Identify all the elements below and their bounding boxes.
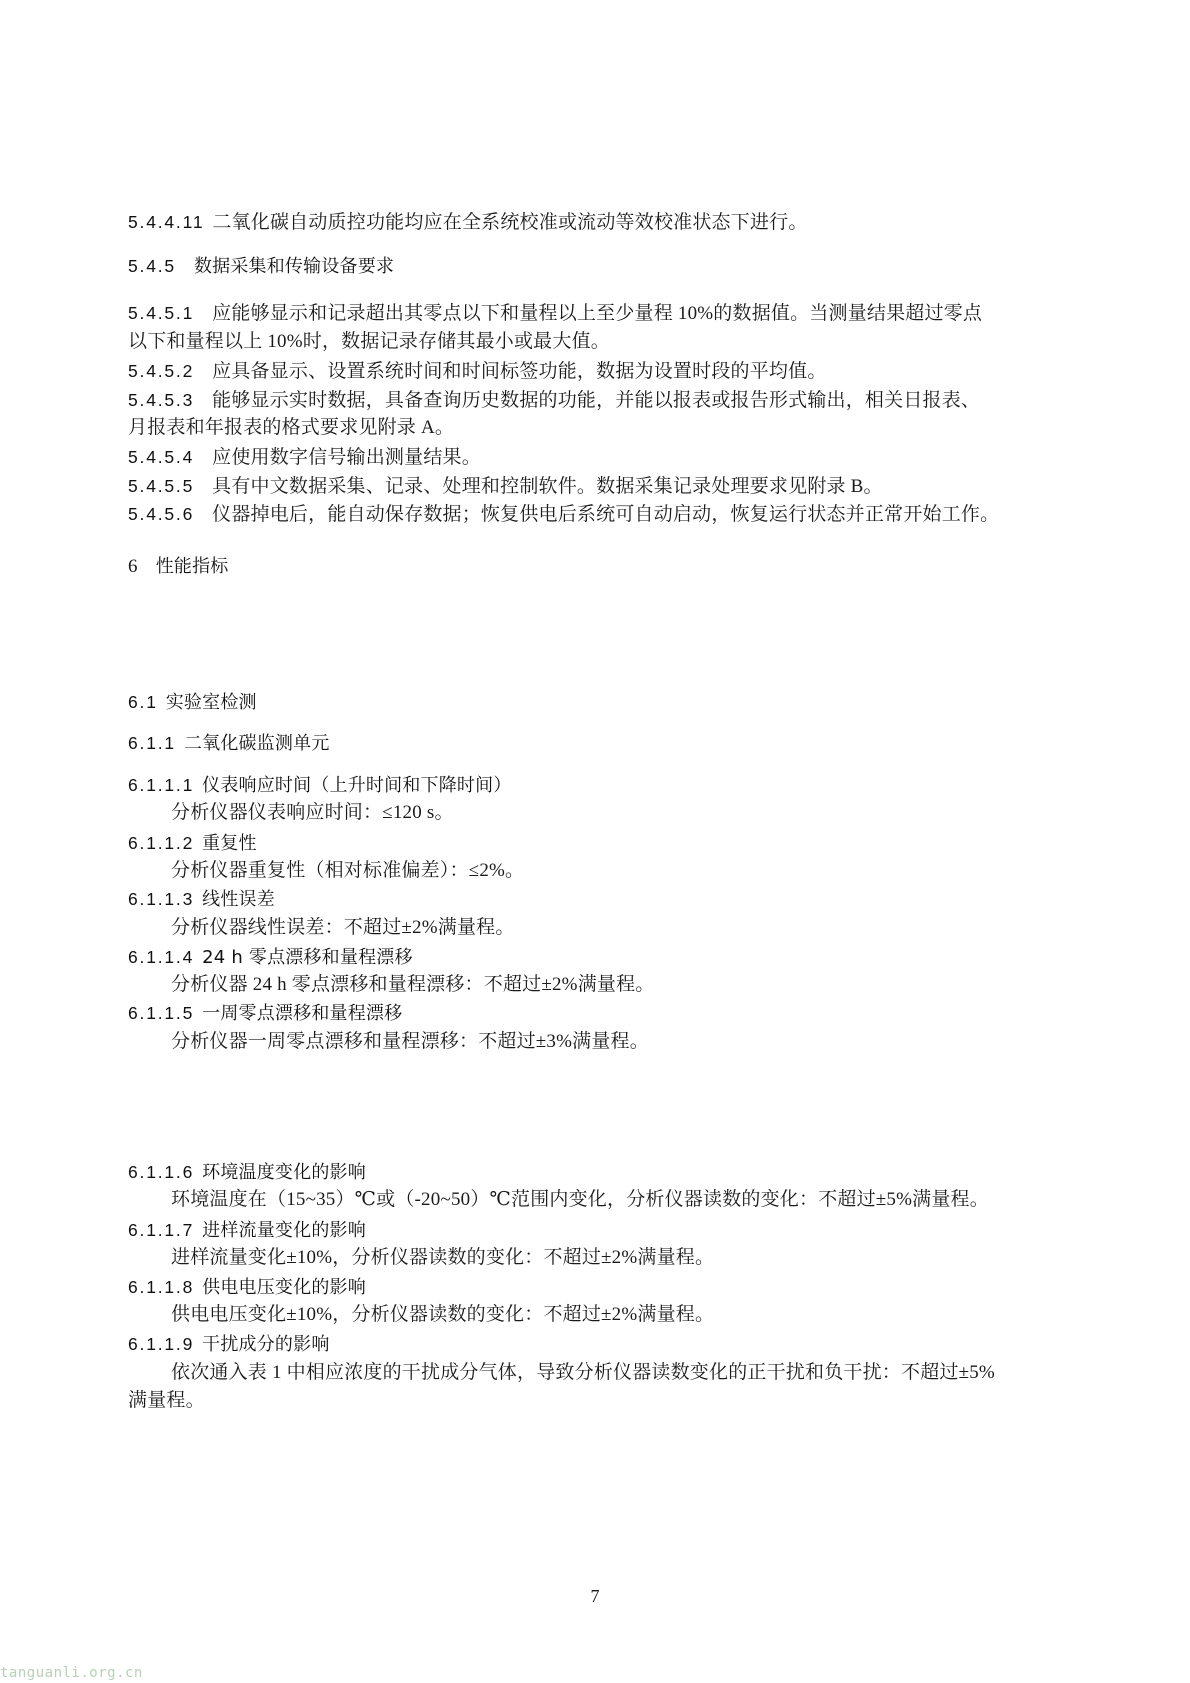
clause-title: 供电电压变化的影响: [202, 1277, 366, 1298]
clause-text: 环境温度在（15~35）℃或（-20~50）℃范围内变化，分析仪器读数的变化：不…: [171, 1189, 989, 1210]
clause-text: 应能够显示和记录超出其零点以下和量程以上至少量程 10%的数据值。当测量结果超过…: [212, 303, 982, 324]
clause-title: 线性误差: [202, 889, 275, 910]
clause-text: 以下和量程以上 10%时，数据记录存储其最小或最大值。: [128, 331, 610, 352]
section-title: 二氧化碳监测单元: [184, 733, 330, 754]
clause-text: 二氧化碳自动质控功能均应在全系统校准或流动等效校准状态下进行。: [212, 212, 807, 233]
clause-body-6-1-1-1: 分析仪器仪表响应时间：≤120 s。: [171, 801, 454, 825]
watermark: tanguanli.org.cn: [0, 1665, 143, 1681]
clause-heading-6-1-1-7: 6.1.1.7进样流量变化的影响: [128, 1218, 366, 1243]
clause-text: 供电电压变化±10%，分析仪器读数的变化：不超过±2%满量程。: [171, 1304, 714, 1325]
clause-number: 5.4.5.4: [128, 447, 194, 467]
clause-number: 6.1.1.4: [128, 947, 194, 967]
clause-title: 进样流量变化的影响: [202, 1220, 366, 1241]
clause-5-4-5-1: 5.4.5.1应能够显示和记录超出其零点以下和量程以上至少量程 10%的数据值。…: [128, 301, 982, 326]
clause-body-6-1-1-9: 依次通入表 1 中相应浓度的干扰成分气体，导致分析仪器读数变化的正干扰和负干扰：…: [171, 1361, 995, 1385]
clause-text: 分析仪器线性误差：不超过±2%满量程。: [171, 917, 515, 938]
clause-body-6-1-1-6: 环境温度在（15~35）℃或（-20~50）℃范围内变化，分析仪器读数的变化：不…: [171, 1188, 989, 1212]
clause-body-6-1-1-2: 分析仪器重复性（相对标准偏差）：≤2%。: [171, 859, 524, 883]
clause-heading-6-1-1-1: 6.1.1.1仪表响应时间（上升时间和下降时间）: [128, 773, 512, 798]
clause-heading-6-1-1-8: 6.1.1.8供电电压变化的影响: [128, 1275, 366, 1300]
chapter-heading-6: 6性能指标: [128, 555, 229, 579]
clause-5-4-5-2: 5.4.5.2应具备显示、设置系统时间和时间标签功能，数据为设置时段的平均值。: [128, 359, 827, 384]
clause-heading-6-1-1-9: 6.1.1.9干扰成分的影响: [128, 1332, 330, 1357]
clause-5-4-5-5: 5.4.5.5具有中文数据采集、记录、处理和控制软件。数据采集记录处理要求见附录…: [128, 474, 883, 499]
clause-title: 重复性: [202, 833, 257, 854]
clause-number: 6.1.1.8: [128, 1277, 194, 1297]
clause-body-6-1-1-3: 分析仪器线性误差：不超过±2%满量程。: [171, 916, 515, 940]
clause-5-4-4-11: 5.4.4.11二氧化碳自动质控功能均应在全系统校准或流动等效校准状态下进行。: [128, 210, 808, 235]
clause-number: 6.1.1.7: [128, 1220, 194, 1240]
clause-heading-6-1-1-6: 6.1.1.6环境温度变化的影响: [128, 1160, 366, 1185]
section-title: 数据采集和传输设备要求: [194, 256, 394, 277]
clause-text: 能够显示实时数据，具备查询历史数据的功能，并能以报表或报告形式输出，相关日报表、: [212, 390, 980, 411]
clause-title: 干扰成分的影响: [202, 1334, 329, 1355]
clause-title: 环境温度变化的影响: [202, 1162, 366, 1183]
chapter-title: 性能指标: [156, 556, 229, 577]
clause-body-6-1-1-5: 分析仪器一周零点漂移和量程漂移：不超过±3%满量程。: [171, 1030, 649, 1054]
clause-title: 一周零点漂移和量程漂移: [202, 1003, 402, 1024]
clause-5-4-5-1-continued: 以下和量程以上 10%时，数据记录存储其最小或最大值。: [128, 330, 610, 354]
clause-title: 仪表响应时间（上升时间和下降时间）: [202, 775, 511, 796]
clause-number: 5.4.5.5: [128, 476, 194, 496]
clause-text: 依次通入表 1 中相应浓度的干扰成分气体，导致分析仪器读数变化的正干扰和负干扰：…: [171, 1362, 995, 1383]
clause-text: 应具备显示、设置系统时间和时间标签功能，数据为设置时段的平均值。: [212, 361, 826, 382]
clause-heading-6-1-1-4: 6.1.1.424 h 零点漂移和量程漂移: [128, 945, 413, 970]
clause-number: 6.1.1.6: [128, 1162, 194, 1182]
clause-5-4-5-3-continued: 月报表和年报表的格式要求见附录 A。: [128, 416, 454, 440]
clause-number: 5.4.5.1: [128, 303, 194, 323]
clause-text: 分析仪器重复性（相对标准偏差）：≤2%。: [171, 860, 524, 881]
clause-text: 进样流量变化±10%，分析仪器读数的变化：不超过±2%满量程。: [171, 1247, 714, 1268]
clause-number: 5.4.5.3: [128, 390, 194, 410]
clause-number: 6.1.1.1: [128, 775, 194, 795]
clause-5-4-5-4: 5.4.5.4应使用数字信号输出测量结果。: [128, 445, 481, 470]
clause-heading-6-1-1-5: 6.1.1.5一周零点漂移和量程漂移: [128, 1001, 402, 1026]
clause-text: 仪器掉电后，能自动保存数据；恢复供电后系统可自动启动，恢复运行状态并正常开始工作…: [212, 504, 999, 525]
clause-number: 6.1.1.5: [128, 1003, 194, 1023]
clause-number: 5.4.5.2: [128, 361, 194, 381]
clause-number: 5.4.4.11: [128, 212, 204, 232]
chapter-number: 6: [128, 556, 138, 577]
clause-5-4-5-6: 5.4.5.6仪器掉电后，能自动保存数据；恢复供电后系统可自动启动，恢复运行状态…: [128, 502, 999, 527]
clause-title: 24 h 零点漂移和量程漂移: [202, 947, 413, 968]
section-heading-5-4-5: 5.4.5数据采集和传输设备要求: [128, 254, 394, 279]
clause-body-6-1-1-9-continued: 满量程。: [128, 1389, 205, 1413]
clause-number: 6.1.1.3: [128, 889, 194, 909]
clause-number: 5.4.5.6: [128, 504, 194, 524]
section-title: 实验室检测: [166, 692, 257, 713]
clause-body-6-1-1-4: 分析仪器 24 h 零点漂移和量程漂移：不超过±2%满量程。: [171, 973, 655, 997]
clause-text: 月报表和年报表的格式要求见附录 A。: [128, 417, 454, 438]
section-heading-6-1: 6.1实验室检测: [128, 690, 257, 715]
clause-number: 6.1.1.9: [128, 1334, 194, 1354]
clause-text: 应使用数字信号输出测量结果。: [212, 447, 481, 468]
clause-text: 分析仪器一周零点漂移和量程漂移：不超过±3%满量程。: [171, 1031, 649, 1052]
clause-heading-6-1-1-2: 6.1.1.2重复性: [128, 831, 257, 856]
section-heading-6-1-1: 6.1.1二氧化碳监测单元: [128, 731, 330, 756]
clause-text: 满量程。: [128, 1390, 205, 1411]
clause-heading-6-1-1-3: 6.1.1.3线性误差: [128, 887, 275, 912]
clause-text: 具有中文数据采集、记录、处理和控制软件。数据采集记录处理要求见附录 B。: [212, 476, 883, 497]
clause-text: 分析仪器 24 h 零点漂移和量程漂移：不超过±2%满量程。: [171, 974, 655, 995]
clause-text: 分析仪器仪表响应时间：≤120 s。: [171, 802, 454, 823]
page-number: 7: [580, 1586, 610, 1607]
clause-body-6-1-1-8: 供电电压变化±10%，分析仪器读数的变化：不超过±2%满量程。: [171, 1303, 714, 1327]
section-number: 6.1.1: [128, 733, 176, 753]
clause-body-6-1-1-7: 进样流量变化±10%，分析仪器读数的变化：不超过±2%满量程。: [171, 1246, 714, 1270]
section-number: 6.1: [128, 692, 158, 712]
clause-number: 6.1.1.2: [128, 833, 194, 853]
clause-5-4-5-3: 5.4.5.3能够显示实时数据，具备查询历史数据的功能，并能以报表或报告形式输出…: [128, 388, 980, 413]
section-number: 5.4.5: [128, 256, 176, 276]
